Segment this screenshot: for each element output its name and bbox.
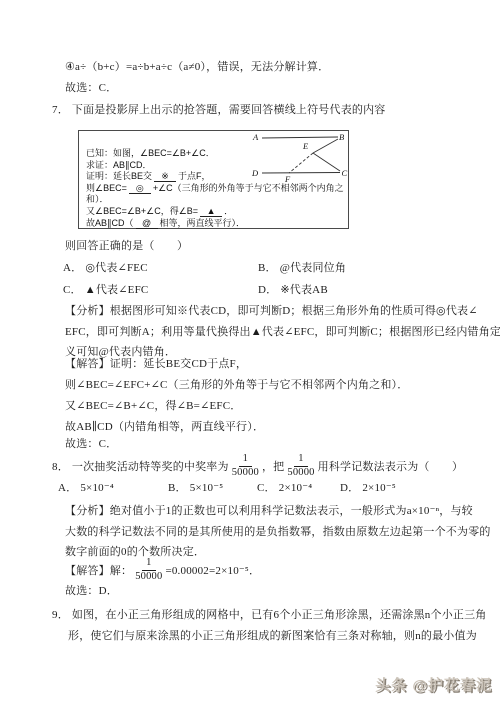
q7-option-b: B．@代表同位角 [258,261,346,276]
fraction-numerator: 1 [239,453,252,466]
q7-stem-text: 下面是投影屏上出示的抢答题，需要回答横线上符号代表的内容 [72,104,386,116]
fraction-numerator: 1 [294,453,307,466]
q8-solution-pre: 【解答】解： [65,562,132,578]
box-line-sum-end: 和）． [86,194,348,206]
q7-solution-line-3: 又∠BEC=∠B+∠C，得∠B=∠EFC． [65,399,241,414]
point-label-B: B [339,132,344,142]
q8-answer-line: 故选：D． [65,584,118,599]
q7-solution-line-2: 则∠BEC=∠EFC+∠C（三角形的外角等于与它不相邻两个内角之和）． [65,378,408,393]
option-label: B． [258,262,277,274]
q7-problem-box: A B E D F C 已知：如图，∠BEC=∠B+∠C． 求证：AB∥CD． … [78,130,349,229]
prev-solution-line: ④a÷（b+c）=a÷b+a÷c（a≠0），错误，无法分解计算． [65,60,329,75]
blank-at-sign: @ [136,219,158,229]
q8-stem-post: 用科学记数法表示为（ ） [318,458,464,474]
blank-triangle: ▲ [200,207,222,217]
q8-solution-line: 【解答】解： 1 50000 =0.00002=2×10⁻⁵． [65,555,260,585]
q9-stem-text-1: 如图，在小正三角形组成的网格中，已有6个小正三角形涂黑，还需涂黑n个小正三角 [72,609,487,621]
q8-stem-mid: ，把 [262,458,284,474]
q7-option-c: C．▲代表∠EFC [63,283,148,298]
point-label-E: E [302,141,309,151]
q8-option-b: B．5×10⁻⁵ [168,481,223,496]
q8-solution-post: =0.00002=2×10⁻⁵． [165,562,260,578]
fraction-denominator: 50000 [231,467,260,479]
segment-EC [313,153,340,171]
option-label: D． [340,482,359,494]
q7-answer-line: 故选：C． [65,437,117,452]
option-text: ※代表AB [280,284,328,296]
q7-stem-line: 7．下面是投影屏上出示的抢答题，需要回答横线上符号代表的内容 [52,103,386,118]
document-page: ④a÷（b+c）=a÷b+a÷c（a≠0），错误，无法分解计算． 故选：C． 7… [0,0,500,706]
q7-option-d: D．※代表AB [258,283,328,298]
q7-number: 7． [52,104,69,116]
q7-option-a: A．◎代表∠FEC [63,261,148,276]
option-label: A． [63,262,82,274]
option-label: B． [168,482,187,494]
prev-answer-line: 故选：C． [65,81,117,96]
box-line-conclusion: 故AB∥CD（@相等，两直线平行）． [86,218,348,230]
point-label-F: F [284,174,291,183]
q7-solution-line-4: 故AB∥CD（内错角相等，两直线平行）． [65,420,264,435]
line-AB [262,137,338,138]
box-line-substitute: 又∠BEC=∠B+∠C，得∠B=▲． [86,206,348,218]
segment-BE [313,139,338,153]
line-DC [262,173,340,174]
blank-bullseye: ◎ [129,184,151,194]
q9-stem-line-1: 9．如图，在小正三角形组成的网格中，已有6个小正三角形涂黑，还需涂黑n个小正三角 [52,608,487,623]
fraction-numerator: 1 [142,557,155,570]
q7-solution-line-1: 【解答】证明：延长BE交CD于点F， [65,357,247,372]
blank-reference-mark: ※ [154,172,176,182]
q7-prompt: 则回答正确的是（ ） [65,239,188,254]
q8-analysis-line-2: 大数的科学记数法不同的是其所使用的是负指数幂，指数由原数左边起第一个不为零的 [65,525,491,540]
q8-option-d: D．2×10⁻⁵ [340,481,396,496]
fraction-1-50000: 1 50000 [134,557,163,582]
box-l4-pre: 则∠BEC= [86,183,127,193]
q8-stem-pre: 一次抽奖活动特等奖的中奖率为 [72,458,229,474]
fraction-1-50000: 1 50000 [231,453,260,478]
q7-analysis-line-1: 【分析】根据图形可知※代表CD，即可判断D；根据三角形外角的性质可得◎代表∠ [65,304,478,319]
box-l7-post: 相等，两直线平行）． [160,218,246,228]
fraction-denominator: 50000 [134,571,163,583]
point-label-D: D [251,168,259,178]
box-line-exterior-angle: 则∠BEC=◎+∠C（三角形的外角等于与它不相邻两个内角之 [86,183,348,195]
q8-analysis-line-1: 【分析】绝对值小于1的正数也可以利用科学记数法表示，一般形式为a×10⁻ⁿ，与较 [65,504,473,519]
fraction-denominator: 50000 [286,467,315,479]
box-l3-pre: 证明：延长BE交 [86,171,152,181]
q8-number: 8． [52,458,69,474]
option-text: @代表同位角 [280,262,346,274]
option-label: D． [258,284,277,296]
option-label: C． [257,482,276,494]
option-label: C． [63,284,82,296]
q9-stem-line-2: 形，使它们与原来涂黑的小正三角形组成的新图案恰有三条对称轴，则n的最小值为 [68,629,477,644]
box-l6-post: ． [224,206,233,216]
option-value: 2×10⁻⁵ [362,482,396,494]
fraction-1-50000: 1 50000 [286,453,315,478]
q7-analysis-line-2: EFC，即可判断A；利用等量代换得出▲代表∠EFC，即可判断C；根据图形已经内错… [65,325,500,340]
option-value: 2×10⁻⁴ [279,482,313,494]
option-text: ▲代表∠EFC [85,284,149,296]
point-label-A: A [252,132,259,142]
q8-stem-line: 8． 一次抽奖活动特等奖的中奖率为 1 50000 ，把 1 50000 用科学… [52,451,463,481]
option-text: ◎代表∠FEC [85,262,147,274]
option-value: 5×10⁻⁵ [190,482,224,494]
q7-geometry-figure: A B E D F C [250,131,348,183]
box-l7-pre: 故AB∥CD（ [86,218,134,228]
box-l4-post: +∠C（三角形的外角等于与它不相邻两个内角之 [153,183,344,193]
extension-EF-dashed [289,153,313,173]
point-label-C: C [342,168,348,178]
q8-option-c: C．2×10⁻⁴ [257,481,312,496]
q9-number: 9． [52,609,69,621]
box-l6-pre: 又∠BEC=∠B+∠C，得∠B= [86,206,198,216]
option-value: 5×10⁻⁴ [80,482,114,494]
box-l3-post: 于点F， [178,171,211,181]
q8-option-a: A．5×10⁻⁴ [58,481,114,496]
toutiao-watermark: 头条 @护花春泥 [375,674,492,695]
option-label: A． [58,482,77,494]
